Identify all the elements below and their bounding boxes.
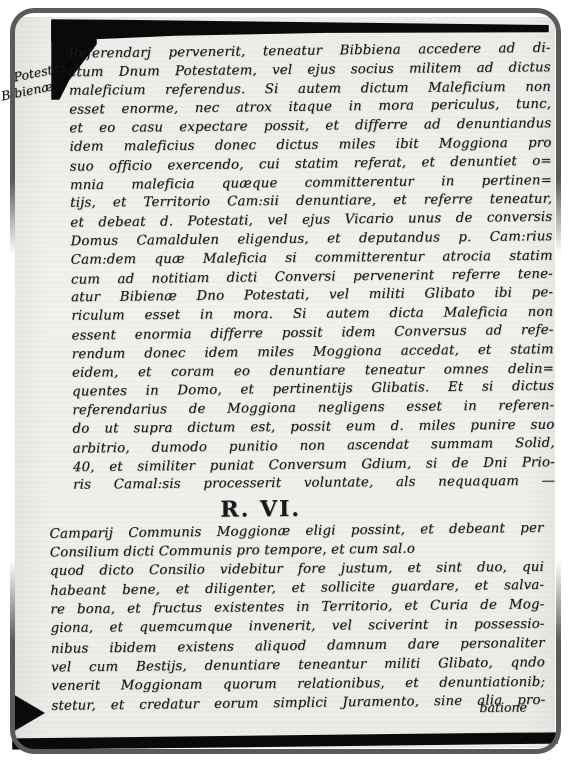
catchword: batione	[479, 699, 527, 714]
scanned-manuscript-page: PotestasBibienæ Referendarj pervenerit, …	[0, 0, 570, 760]
text-line: ris Camal:sis processerit voluntate, als…	[73, 473, 555, 496]
paragraph-2: Camparij Communis Moggionæ eligi possint…	[49, 519, 545, 715]
handwritten-content: PotestasBibienæ Referendarj pervenerit, …	[0, 0, 570, 760]
paragraph-1: Referendarj pervenerit, teneatur Bibbien…	[68, 40, 555, 496]
section-heading-r-vi: R. VI.	[220, 496, 301, 523]
